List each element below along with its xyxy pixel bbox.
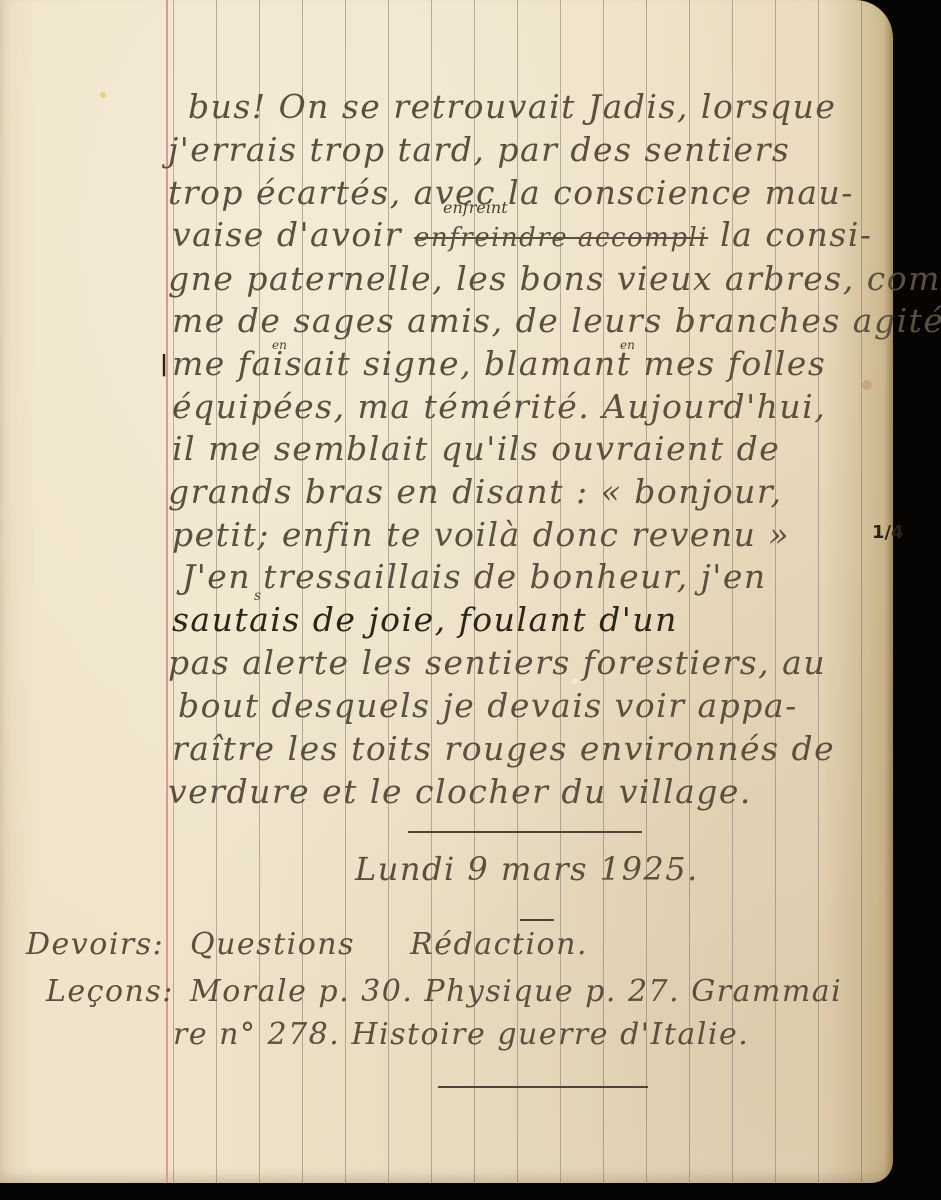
notebook-page: bus! On se retrouvait Jadis, lorsque j'e… xyxy=(0,0,893,1183)
text-line-15: bout desquels je devais voir appa- xyxy=(178,689,798,722)
lecons-line-2: re n° 278. Histoire guerre d'Italie. xyxy=(173,1020,749,1050)
lecons-line-1: Morale p. 30. Physique p. 27. Grammai xyxy=(190,977,842,1007)
paper-stain xyxy=(100,92,106,98)
struck-out-word: enfreindre accompli xyxy=(414,223,708,253)
text-line-5: gne paternelle, les bons vieux arbres, c… xyxy=(168,262,941,295)
text-line-6: me de sages amis, de leurs branches agit… xyxy=(172,304,941,337)
text-line-13: sautais de joie, foulant d'un xyxy=(172,603,678,636)
inserted-word-enfreint: enfreint xyxy=(443,198,508,217)
devoirs-text: Questions Rédaction. xyxy=(190,930,588,960)
text-line-14: pas alerte les sentiers forestiers, au xyxy=(168,646,826,679)
text-line-13-text: sautais de joie, foulant d'un xyxy=(172,600,678,639)
insert-sautais: s xyxy=(254,588,261,604)
date-heading: Lundi 9 mars 1925. xyxy=(355,853,699,885)
separator-rule-top xyxy=(408,831,642,833)
left-margin-tick: | xyxy=(160,352,168,377)
separator-rule-mid xyxy=(520,919,554,921)
lecons-label: Leçons: xyxy=(46,977,174,1007)
text-line-9: il me semblait qu'ils ouvraient de xyxy=(172,432,780,465)
devoirs-label: Devoirs: xyxy=(26,930,164,960)
text-line-16: raître les toits rouges environnés de xyxy=(172,732,835,765)
text-line-4-end: la consi- xyxy=(720,215,872,254)
text-line-4-start: vaise d'avoir xyxy=(172,215,402,254)
text-line-7: me faisait signe, blamant mes folles xyxy=(172,347,826,380)
insert-faisait: en xyxy=(272,338,287,352)
text-line-2: j'errais trop tard, par des sentiers xyxy=(168,133,790,166)
text-line-3: trop écartés, avec la conscience mau- xyxy=(168,176,854,209)
text-line-8: équipées, ma témérité. Aujourd'hui, xyxy=(172,390,826,423)
text-line-4: vaise d'avoir enfreindre accompli la con… xyxy=(172,218,873,251)
text-line-12: J'en tressaillais de bonheur, j'en xyxy=(182,560,767,593)
text-line-10: grands bras en disant : « bonjour, xyxy=(168,475,782,508)
insert-blamant: en xyxy=(620,338,635,352)
separator-rule-bottom xyxy=(438,1086,648,1088)
text-line-1: bus! On se retrouvait Jadis, lorsque xyxy=(188,90,836,123)
text-line-17: verdure et le clocher du village. xyxy=(168,775,752,808)
paper-stain xyxy=(862,380,872,390)
text-line-11: petit; enfin te voilà donc revenu » xyxy=(172,518,790,551)
right-margin-mark: 1/4 xyxy=(872,522,904,543)
